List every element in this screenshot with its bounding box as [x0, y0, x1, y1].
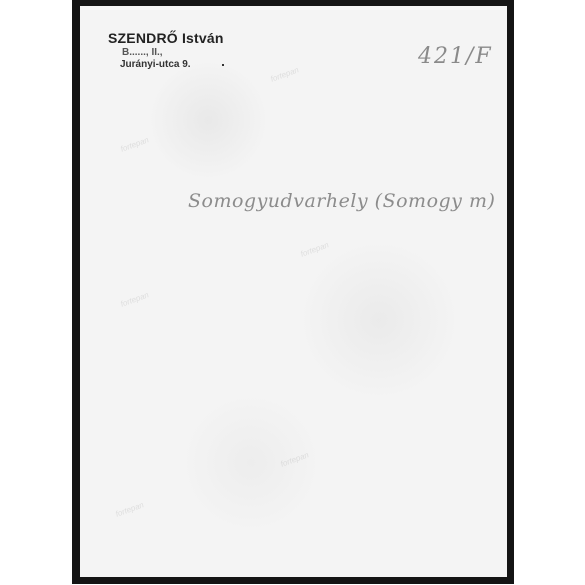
- ink-dot: [222, 64, 224, 66]
- catalog-number: 421/F: [418, 44, 493, 69]
- stamp-address: Jurányi-utca 9.: [120, 59, 224, 71]
- handwritten-caption: Somogyudvarhely (Somogy m): [188, 190, 495, 212]
- stamp-name: SZENDRŐ István: [108, 30, 224, 46]
- photographer-stamp: SZENDRŐ István B......, II., Jurányi-utc…: [108, 30, 224, 71]
- stamp-city: B......, II.,: [122, 47, 224, 59]
